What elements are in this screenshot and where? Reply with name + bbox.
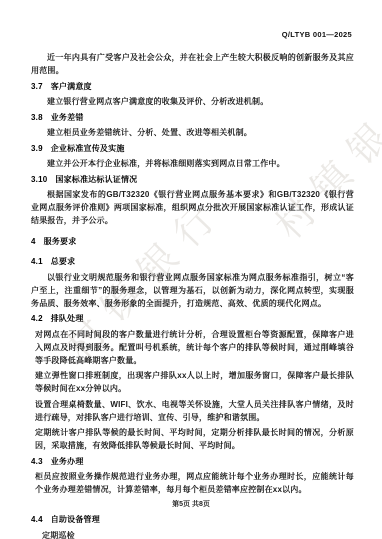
- section-heading: 4服务要求: [31, 235, 354, 248]
- section-number: 3.9: [31, 142, 43, 155]
- section-title: 服务要求: [36, 235, 77, 248]
- paragraph: 建立弹性窗口排班制度，出现客户排队xx人以上时，增加服务窗口，保障客户最长排队等…: [35, 369, 354, 395]
- section-title: 业务办理: [43, 455, 84, 468]
- section-heading: 3.9企业标准宣传及实施: [31, 142, 354, 155]
- section-heading: 3.10国家标准达标认证情况: [31, 173, 354, 186]
- section-number: 4.2: [31, 312, 43, 325]
- section-title: 排队处理: [43, 312, 84, 325]
- paragraph: 建立柜员业务差错统计、分析、处置、改进等相关机制。: [31, 126, 354, 139]
- paragraph: 建立银行营业网点客户满意度的收集及评价、分析改进机制。: [31, 95, 354, 108]
- section-number: 3.10: [31, 173, 47, 186]
- section-title: 国家标准达标认证情况: [47, 173, 137, 186]
- document-body: 近一年内具有广受客户及社会公众，并在社会上产生较大积极反响的创新服务及其应用范围…: [31, 51, 354, 539]
- section-title: 企业标准宣传及实施: [43, 142, 125, 155]
- section-title: 客户满意度: [43, 80, 92, 93]
- section-title: 总要求: [43, 255, 76, 268]
- document-page: 村镇银行 村镇银行 Q/LTYB 001—2025 近一年内具有广受客户及社会公…: [0, 0, 382, 539]
- paragraph: 根据国家发布的GB/T32320《银行营业网点服务基本要求》和GB/T32320…: [31, 188, 354, 227]
- section-number: 3.8: [31, 111, 43, 124]
- paragraph: 以银行业文明规范服务和银行营业网点服务国家标准为网点服务标准指引，树立“客户至上…: [31, 271, 354, 310]
- section-number: 4.1: [31, 255, 43, 268]
- paragraph: 建立并公开本行企业标准，并将标准细则落实到网点日常工作中。: [31, 157, 354, 170]
- section-number: 4.3: [31, 455, 43, 468]
- page-number: 第5页 共8页: [0, 499, 382, 509]
- paragraph: 对网点在不同时间段的客户数量进行统计分析，合理设置柜台等资源配置，保障客户进入网…: [35, 328, 354, 367]
- paragraph: 设置合理桌椅数量、WIFI、饮水、电视等关怀设施，大堂人员关注排队客户情绪，及时…: [35, 398, 354, 424]
- section-number: 3.7: [31, 80, 43, 93]
- document-code: Q/LTYB 001—2025: [31, 30, 352, 39]
- section-heading: 3.7客户满意度: [31, 80, 354, 93]
- paragraph: 定期巡检: [42, 529, 354, 539]
- paragraph: 近一年内具有广受客户及社会公众，并在社会上产生较大积极反响的创新服务及其应用范围…: [31, 51, 354, 77]
- section-number: 4.4: [31, 513, 43, 526]
- section-title: 业务差错: [43, 111, 84, 124]
- section-heading: 4.2排队处理: [31, 312, 354, 325]
- section-heading: 4.1总要求: [31, 255, 354, 268]
- paragraph: 柜员应按照业务操作规范进行业务办理，网点应能统计每个业务办理时长，应能统计每个业…: [35, 470, 354, 496]
- paragraph: 定期统计客户排队等候的最长时间、平均时间，定期分析排队最长时间的情况，分析原因，…: [35, 426, 354, 452]
- section-title: 自助设备管理: [43, 513, 100, 526]
- section-heading: 4.4自助设备管理: [31, 513, 354, 526]
- section-heading: 4.3业务办理: [31, 455, 354, 468]
- section-heading: 3.8业务差错: [31, 111, 354, 124]
